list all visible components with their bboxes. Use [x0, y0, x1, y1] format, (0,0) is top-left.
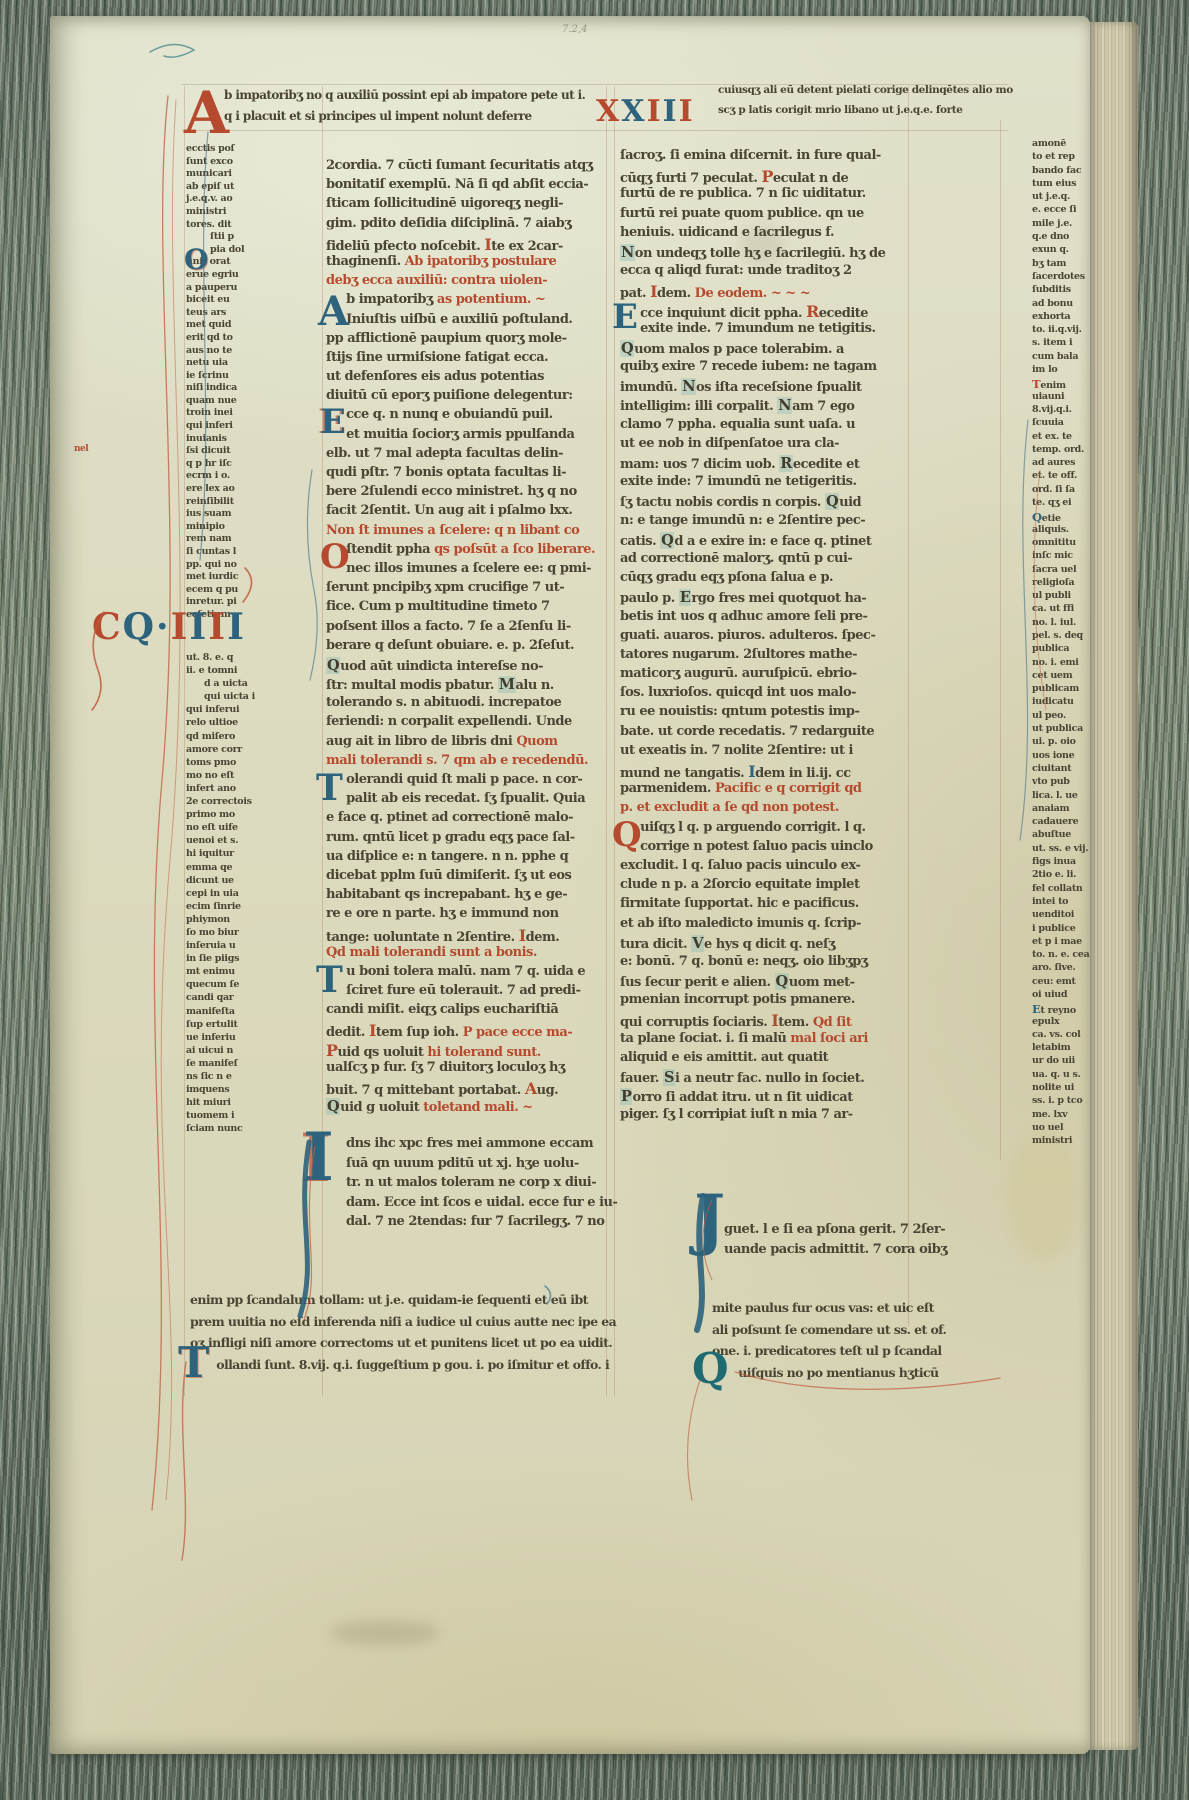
text-line: ui. p. oio: [1032, 736, 1104, 749]
text-line: no. i. emi: [1032, 657, 1104, 670]
text-line: to. ii.q.vij.: [1032, 324, 1104, 337]
text-line: cūqʒ gradu eqʒ pſona ſalua e p.: [620, 570, 885, 589]
text-line: ſtr: multal modis pbatur. Malu n.: [326, 676, 595, 695]
text-line: catis. Qd a e exire in: e face q. ptinet: [620, 532, 885, 551]
text-line: palit ab eis recedat. ſʒ ſpualit. Quia: [326, 791, 595, 810]
text-line: furtū rei puate quom publice. qn ue: [620, 206, 885, 225]
ruling-line: [322, 86, 323, 1396]
text-line: ollandi ſunt. 8.vij. q.i. ſuggeſtium p g…: [190, 1357, 616, 1379]
text-line: ſticam ſollicitudinē uigoreqʒ negli-: [326, 196, 595, 215]
text-line: Non ſt imunes a ſcelere: q n libant co: [326, 523, 595, 542]
right-margin-gloss: amonēto et repbando factum eiusut j.e.q.…: [1032, 138, 1104, 1149]
initial-t-tollandi: T: [178, 1342, 209, 1384]
text-line: vto pub: [1032, 776, 1104, 789]
text-line: ad aures: [1032, 457, 1104, 470]
text-line: anaiam: [1032, 803, 1104, 816]
text-line: intei to: [1032, 896, 1104, 909]
text-line: letabim: [1032, 1042, 1104, 1055]
text-line: b impatoribʒ no q auxiliū possint epi ab…: [224, 88, 585, 109]
text-line: tange: uoluntate n 2ſentire. Idem.: [326, 926, 595, 945]
text-line: ii. e tomni: [186, 665, 255, 678]
text-line: abuſtue: [1032, 829, 1104, 842]
text-line: Puid qs uoluit hi tolerand sunt.: [326, 1041, 595, 1060]
text-line: ecrm i o.: [186, 470, 244, 483]
initial-j-guet-block: J: [694, 1186, 725, 1252]
text-line: nec illos imunes a ſcelere ee: q pmi-: [326, 561, 595, 580]
text-line: ceu: emt: [1032, 976, 1104, 989]
text-line: 2cordia. 7 cūcti ſumant ſecuritatis atqʒ: [326, 158, 595, 177]
text-line: ut publica: [1032, 723, 1104, 736]
text-line: one. i. predicatores teſt ul p ſcandal: [712, 1343, 946, 1365]
text-line: ſcuuia: [1032, 417, 1104, 430]
text-line: emma qe: [186, 862, 255, 875]
text-line: ad bonu: [1032, 298, 1104, 311]
text-line: excludit. l q. ſaluo pacis uinculo ex-: [620, 858, 885, 877]
text-line: s. item i: [1032, 337, 1104, 350]
text-line: niſi indica: [186, 382, 244, 395]
text-line: ord. ſi ſa: [1032, 484, 1104, 497]
text-line: ur do uii: [1032, 1055, 1104, 1068]
text-line: uenditoi: [1032, 909, 1104, 922]
text-line: primo mo: [186, 809, 255, 822]
text-line: nolite ui: [1032, 1082, 1104, 1095]
text-line: exun q.: [1032, 244, 1104, 257]
ruling-line: [908, 86, 909, 1326]
text-line: q p hr iſc: [186, 458, 244, 471]
text-line: iudicatu: [1032, 696, 1104, 709]
text-line: j.e.q.v. ao: [186, 193, 244, 206]
text-line: oi uiud: [1032, 989, 1104, 1002]
text-line: berare q deſunt obuiare. e. p. 2ſeſut.: [326, 638, 595, 657]
text-line: im lo: [1032, 364, 1104, 377]
text-line: uenoi et s.: [186, 835, 255, 848]
text-line: Quod aūt uindicta intereſse no-: [326, 657, 595, 676]
initial-q-quisquis: Q: [692, 1348, 729, 1390]
folio-number-xxiii: XXIII: [596, 94, 695, 128]
text-line: omnititu: [1032, 537, 1104, 550]
text-line: quibʒ exire 7 recede iubem: ne tagam: [620, 359, 885, 378]
text-line: feriendi: n corpalit expellendi. Unde: [326, 714, 595, 733]
text-line: fice. Cum p multitudine timeto 7: [326, 599, 595, 618]
text-line: tuomem i: [186, 1110, 255, 1123]
text-line: municari: [186, 168, 244, 181]
text-line: Quom malos p pace tolerabim. a: [620, 340, 885, 359]
text-line: ru ee nouistis: qntum potestis imp-: [620, 704, 885, 723]
text-line: aro. ſive.: [1032, 962, 1104, 975]
text-line: ab epiſ ut: [186, 181, 244, 194]
text-line: erit qd to: [186, 332, 244, 345]
text-line: ca. vs. col: [1032, 1029, 1104, 1042]
text-line: quecum ſe: [186, 979, 255, 992]
left-margin-gloss-upper: ecctis poſſunt excomunicariab epiſ utj.e…: [186, 143, 244, 622]
left-margin-gloss-lower: ut. 8. e. qii. e tomni d a uicta qui uic…: [186, 652, 255, 1136]
text-line: enim pp ſcandalum tollam: ut j.e. quidam…: [190, 1292, 616, 1314]
text-line: exhorta: [1032, 311, 1104, 324]
text-line: debʒ ecca auxiliū: contra uiolen-: [326, 273, 595, 292]
stain: [1008, 1130, 1078, 1260]
text-line: cce q. n nunq e obuiandū puil.: [326, 407, 595, 426]
text-line: diuitū cū eporʒ puiſione delegentur:: [326, 388, 595, 407]
text-line: dns ihc xpc fres mei ammone eccam: [346, 1136, 617, 1156]
text-line: aug ait in libro de libris dni Quom: [326, 734, 595, 753]
initial-e-ecce: E: [320, 405, 346, 439]
text-line: pel. s. deq: [1032, 630, 1104, 643]
text-line: intelligim: illi corpalit. Nam 7 ego: [620, 397, 885, 416]
text-line: furtū de re publica. 7 n ſic uiditatur.: [620, 186, 885, 205]
text-line: relo ultioe: [186, 717, 255, 730]
text-line: ſunt exco: [186, 156, 244, 169]
text-line: Qetie: [1032, 510, 1104, 523]
text-line: amore corr: [186, 744, 255, 757]
text-line: bʒ tam: [1032, 258, 1104, 271]
initial-e-ecce-inquiunt: E: [612, 300, 638, 334]
text-line: habitabant qs increpabant. hʒ e ge-: [326, 887, 595, 906]
manuscript-photo: { "manuscript": { "faint_note": "7.2,4",…: [0, 0, 1189, 1800]
text-line: ciuitant: [1032, 763, 1104, 776]
text-line: cuiusqʒ ali eū detent pielati corige del…: [718, 84, 1013, 104]
text-line: ecem q pu: [186, 584, 244, 597]
text-line: mt enimu: [186, 966, 255, 979]
text-line: ſsi dicuit: [186, 445, 244, 458]
text-line: candi qar: [186, 992, 255, 1005]
text-line: biceit eu: [186, 294, 244, 307]
text-line: ministri: [1032, 1135, 1104, 1148]
initial-a-top-gloss: A: [184, 84, 229, 142]
text-line: ad correctionē malorʒ. qntū p cui-: [620, 551, 885, 570]
text-line: mo no eſt: [186, 770, 255, 783]
text-line: q.e dno: [1032, 231, 1104, 244]
text-line: ere lex ao: [186, 483, 244, 496]
text-line: a pauperu: [186, 282, 244, 295]
text-line: ie ſcrinu: [186, 370, 244, 383]
text-line: qui uicta i: [186, 691, 255, 704]
text-line: qui inferi: [186, 420, 244, 433]
text-line: Tenim: [1032, 377, 1104, 390]
text-line: Et reyno: [1032, 1002, 1104, 1015]
text-line: scʒ p latis corigit mrio libano ut j.e.q…: [718, 104, 1013, 124]
quaestio-marker-q-iiii: CQ·IIII: [92, 606, 246, 648]
text-line: ecctis poſ: [186, 143, 244, 156]
text-line: 2e correctois: [186, 796, 255, 809]
text-line: publica: [1032, 643, 1104, 656]
text-line: thaginenſi. Ab ipatoribʒ postulare: [326, 254, 595, 273]
text-line: ss. i. p tco: [1032, 1095, 1104, 1108]
text-line: ut j.e.q.: [1032, 191, 1104, 204]
text-line: u boni tolera malū. nam 7 q. uida e: [326, 964, 595, 983]
main-text-column-left: 2cordia. 7 cūcti ſumant ſecuritatis atqʒ…: [326, 158, 595, 1117]
text-line: ua. q. u s.: [1032, 1069, 1104, 1082]
text-line: ſacra uel: [1032, 564, 1104, 577]
bottom-text-block-right: mite paulus fur ocus vas: et uic eſtali …: [712, 1300, 946, 1386]
text-line: hi iquitur: [186, 848, 255, 861]
text-line: uiſqʒ l q. p arguendo corrigit. l q.: [620, 820, 885, 839]
text-line: candi miſit. eiqʒ calips euchariſtiā: [326, 1002, 595, 1021]
text-line: ul peo.: [1032, 710, 1104, 723]
text-line: ut defenſores eis adus potentias: [326, 369, 595, 388]
text-line: qudi pſtr. 7 bonis optata facultas li-: [326, 465, 595, 484]
text-line: e. ecce ſi: [1032, 204, 1104, 217]
text-line: to et rep: [1032, 151, 1104, 164]
text-line: e face q. ptinet ad correctionē malo-: [326, 810, 595, 829]
text-line: ſtendit ppha qs poſsūt a ſco liberare.: [326, 542, 595, 561]
text-line: et p i mae: [1032, 936, 1104, 949]
text-line: uiauni: [1032, 391, 1104, 404]
text-line: cūqʒ furti 7 peculat. Peculat n de: [620, 167, 885, 186]
text-line: epulx: [1032, 1016, 1104, 1029]
text-line: exite inde. 7 imundum ne tetigitis.: [620, 321, 885, 340]
text-line: phiymon: [186, 914, 255, 927]
text-line: ut ee nob in diſpenſatoe ura cla-: [620, 436, 885, 455]
text-line: toms pmo: [186, 757, 255, 770]
text-line: pat. Idem. De eodem. ~ ~ ~: [620, 282, 885, 301]
text-line: et muitia ſociorʒ armis ppulſanda: [326, 427, 595, 446]
text-line: pp. qui no: [186, 559, 244, 572]
text-line: pp afflictionē paupium quorʒ mole-: [326, 331, 595, 350]
text-line: met quid: [186, 319, 244, 332]
text-line: dedit. Item ſup ioh. P pace ecce ma-: [326, 1021, 595, 1040]
text-line: 2tio e. li.: [1032, 869, 1104, 882]
text-line: clude n p. a 2ſorcio equitate implet: [620, 877, 885, 896]
text-line: aliquid e eis amittit. aut quatit: [620, 1050, 885, 1069]
text-line: to. n. e. cea: [1032, 949, 1104, 962]
text-line: XXIII: [596, 94, 695, 128]
text-line: heniuis. uidicand e ſacrilegus f.: [620, 225, 885, 244]
ruling-line: [184, 86, 185, 1396]
text-line: ut. 8. e. q: [186, 652, 255, 665]
text-line: quam nue: [186, 395, 244, 408]
text-line: betis int uos q adhuc amore ſeli pre-: [620, 609, 885, 628]
text-line: Porro ſi addat itru. ut n ſit uidicat: [620, 1088, 885, 1107]
text-line: guet. l e ſi ea pſona gerit. 7 2ſer-: [724, 1222, 947, 1242]
text-line: qui corruptis ſociaris. Item. Qd ſit: [620, 1011, 885, 1030]
text-line: inſeruia u: [186, 940, 255, 953]
main-text-column-right: ſacroʒ. ſi emina diſcernit. in fure qual…: [620, 148, 885, 1127]
text-line: dicunt ue: [186, 875, 255, 888]
text-line: rum. qntū licet p gradu eqʒ pace ſal-: [326, 830, 595, 849]
text-line: n: e tange imundū n: e 2ſentire pec-: [620, 513, 885, 532]
text-line: elb. ut 7 mal adepta facultas delin-: [326, 446, 595, 465]
text-line: ecca q aliqd furat: unde traditoʒ 2: [620, 263, 885, 282]
text-line: fel collatn: [1032, 883, 1104, 896]
text-line: piger. ſʒ l corripiat iuſt n mia 7 ar-: [620, 1107, 885, 1126]
text-line: publicam: [1032, 683, 1104, 696]
text-line: cadauere: [1032, 816, 1104, 829]
text-line: ſciam nunc: [186, 1123, 255, 1136]
text-line: d a uicta: [186, 678, 255, 691]
marginal-note: nel: [74, 444, 88, 454]
text-line: guati. auaros. piuros. adulteros. ſpec-: [620, 628, 885, 647]
text-line: tolerando s. n abituodi. increpatoe: [326, 695, 595, 714]
text-line: inuianis: [186, 433, 244, 446]
text-line: Qd mali tolerandi sunt a bonis.: [326, 945, 595, 964]
text-line: maticorʒ augurū. auruſpicū. ebrio-: [620, 666, 885, 685]
text-line: poſsent illos a facto. 7 ſe a 2ſenſu li-: [326, 619, 595, 638]
text-line: uo uel: [1032, 1122, 1104, 1135]
text-line: amonē: [1032, 138, 1104, 151]
text-line: ſup ertulit: [186, 1019, 255, 1032]
text-line: Non undeqʒ tolle hʒ e ſacrilegiū. hʒ de: [620, 244, 885, 263]
text-line: ns ſic n e: [186, 1071, 255, 1084]
text-line: temp. ord.: [1032, 444, 1104, 457]
text-line: me. lxv: [1032, 1109, 1104, 1122]
initial-o-ostendit: O: [320, 540, 350, 574]
text-line: fideliū pfecto noſcebit. Ite ex 2car-: [326, 235, 595, 254]
text-line: inſc mic: [1032, 550, 1104, 563]
text-line: ca. ut ffi: [1032, 603, 1104, 616]
text-line: olerandi quid ſt mali p pace. n cor-: [326, 772, 595, 791]
text-line: cepi in uia: [186, 888, 255, 901]
text-line: reinſibilit: [186, 496, 244, 509]
text-line: dicebat pplm ſuū dimiſerit. ſʒ ut eos: [326, 868, 595, 887]
initial-t-tolerandi: T: [316, 770, 343, 806]
top-gloss-left: b impatoribʒ no q auxiliū possint epi ab…: [224, 88, 585, 130]
text-line: netu uia: [186, 357, 244, 370]
initial-t-tu-boni: T: [316, 962, 343, 998]
text-line: cce inquiunt dicit ppha. Recedite: [620, 302, 885, 321]
text-line: gim. pdito deſidia diſciplinā. 7 aiabʒ: [326, 216, 595, 235]
initial-o-left-margin: O: [184, 246, 208, 274]
text-line: troin inei: [186, 407, 244, 420]
text-line: ut. ss. e vij.: [1032, 843, 1104, 856]
text-line: mam: uos 7 dicim uob. Recedite et: [620, 455, 885, 474]
text-line: ius suam: [186, 508, 244, 521]
text-line: tatores nugarum. 2ſultores mathe-: [620, 647, 885, 666]
main-text-column-left-continuation: dns ihc xpc fres mei ammone eccamſuā qn …: [346, 1136, 617, 1234]
text-line: corrige n potest ſaluo pacis uinclo: [620, 839, 885, 858]
text-line: ua diſplice e: n tangere. n n. pphe q: [326, 849, 595, 868]
main-text-column-right-continuation: guet. l e ſi ea pſona gerit. 7 2ſer-uand…: [724, 1222, 947, 1262]
text-line: 8.vij.q.i.: [1032, 404, 1104, 417]
text-line: facit 2ſentit. Un aug ait i pſalmo lxx.: [326, 503, 595, 522]
text-line: dam. Ecce int ſcos e uidal. ecce fur e i…: [346, 1195, 617, 1215]
text-line: CQ·IIII: [92, 606, 246, 648]
text-line: aliquis.: [1032, 524, 1104, 537]
text-line: hit miuri: [186, 1097, 255, 1110]
text-line: uande pacis admittit. 7 cora oibʒ: [724, 1242, 947, 1262]
text-line: ai uicui n: [186, 1045, 255, 1058]
text-line: e: bonū. 7 q. bonū e: neqʒ. oio libʒpʒ: [620, 954, 885, 973]
text-line: ſe manifeſ: [186, 1058, 255, 1071]
text-line: imquens: [186, 1084, 255, 1097]
text-line: uos ione: [1032, 750, 1104, 763]
text-line: prem uuitia no eſd inferenda niſi a iudi…: [190, 1314, 616, 1336]
text-line: ſacroʒ. ſi emina diſcernit. in fure qual…: [620, 148, 885, 167]
text-line: bando fac: [1032, 165, 1104, 178]
text-line: tum eius: [1032, 178, 1104, 191]
text-line: et ex. te: [1032, 431, 1104, 444]
faint-quire-note: 7.2,4: [562, 24, 587, 35]
text-line: ſacerdotes: [1032, 271, 1104, 284]
text-line: i publice: [1032, 923, 1104, 936]
bottom-text-block-left: enim pp ſcandalum tollam: ut j.e. quidam…: [190, 1292, 616, 1378]
text-line: ſus ſecur perit e alien. Quom met-: [620, 973, 885, 992]
text-line: ſuā qn uuum pditū ut xj. hʒe uolu-: [346, 1156, 617, 1176]
text-line: ſubditis: [1032, 284, 1104, 297]
initial-a-ab-imperatoribus: A: [318, 292, 349, 332]
text-line: ſtii p: [186, 231, 244, 244]
text-line: clamo 7 ppha. equalia sunt uaſa. u: [620, 417, 885, 436]
text-line: re e ore n parte. hʒ e immund non: [326, 906, 595, 925]
text-line: ut exeatis in. 7 nolite 2ſentire: ut i: [620, 743, 885, 762]
text-line: manifeſta: [186, 1006, 255, 1019]
stain: [330, 1620, 440, 1646]
text-line: bate. ut corde recedatis. 7 redarguite: [620, 724, 885, 743]
top-gloss-right: cuiusqʒ ali eū detent pielati corige del…: [718, 84, 1013, 124]
text-line: infert ano: [186, 783, 255, 796]
text-line: tores. dit: [186, 219, 244, 232]
text-line: b impatoribʒ as potentium. ~: [326, 292, 595, 311]
text-line: tura dicit. Ve hys q dicit q. neſʒ: [620, 935, 885, 954]
text-line: no eſt uife: [186, 822, 255, 835]
text-line: in ſie piigs: [186, 953, 255, 966]
text-line: religioſa: [1032, 577, 1104, 590]
text-line: tr. n ut malos toleram ne corp x diui-: [346, 1175, 617, 1195]
text-line: ali poſsunt ſe comendare ut ss. et of.: [712, 1322, 946, 1344]
text-line: qui inferui: [186, 704, 255, 717]
text-line: ſʒ tactu nobis cordis n corpis. Quid: [620, 493, 885, 512]
text-line: parmenidem. Pacific e q corrigit qd: [620, 781, 885, 800]
ruling-line: [182, 130, 1008, 131]
text-line: mund ne tangatis. Idem in li.ij. cc: [620, 762, 885, 781]
text-line: rem nam: [186, 533, 244, 546]
text-line: cum bala: [1032, 351, 1104, 364]
text-line: ul publi: [1032, 590, 1104, 603]
text-line: ſtijs ſine urmiſsione fatigat ecca.: [326, 350, 595, 369]
text-line: aus no te: [186, 345, 244, 358]
text-line: et. te off.: [1032, 470, 1104, 483]
text-line: ue inferiu: [186, 1032, 255, 1045]
text-line: cet uem: [1032, 670, 1104, 683]
text-line: et ab iſto maledicto imunis q. ſcrip-: [620, 916, 885, 935]
text-line: bonitatiſ exemplū. Nā ſi qd abſit eccia-: [326, 177, 595, 196]
text-line: no. l. iul.: [1032, 617, 1104, 630]
text-line: exite inde: 7 imundū ne tetigeritis.: [620, 474, 885, 493]
ruling-line: [1000, 120, 1001, 1160]
text-line: mali tolerandi s. 7 qm ab e recedendū.: [326, 753, 595, 772]
text-line: te. qʒ ei: [1032, 497, 1104, 510]
text-line: figs inua: [1032, 856, 1104, 869]
text-line: Quid g uoluit toletand mali. ~: [326, 1098, 595, 1117]
text-line: p. et excludit a ſe qd non potest.: [620, 800, 885, 819]
text-line: ſciret fure eū tolerauit. 7 ad predi-: [326, 983, 595, 1002]
text-line: dal. 7 ne 2tendas: fur 7 ſacrilegʒ. 7 no: [346, 1214, 617, 1234]
text-line: ſos. luxrioſos. quicqd int uos malo-: [620, 685, 885, 704]
text-line: minipio: [186, 521, 244, 534]
text-line: teus ars: [186, 307, 244, 320]
initial-q-quisque: Q: [612, 818, 642, 852]
text-line: ta plane ſociat. i. ſi malū mal ſoci ari: [620, 1031, 885, 1050]
text-line: uiſquis no po mentianus hʒticū: [712, 1365, 946, 1387]
text-line: oʒ infligi niſi amore correctoms ut et p…: [190, 1335, 616, 1357]
text-line: qd miſero: [186, 731, 255, 744]
text-line: lica. l. ue: [1032, 790, 1104, 803]
text-line: paulo p. Ergo fres mei quotquot ha-: [620, 589, 885, 608]
text-line: ecim ſinrie: [186, 901, 255, 914]
initial-i-dns-block: I: [303, 1124, 334, 1190]
text-line: ſi cuntas l: [186, 546, 244, 559]
text-line: ſerunt pncipibʒ xpm crucifige 7 ut-: [326, 580, 595, 599]
text-line: Iniuſtis uiſbū e auxiliū poſtuland.: [326, 312, 595, 331]
text-line: firmitate ſupportat. hic e pacificus.: [620, 896, 885, 915]
text-line: ſo mo biur: [186, 927, 255, 940]
text-line: q i placuit et si principes ul impent no…: [224, 109, 585, 130]
text-line: mite paulus fur ocus vas: et uic eſt: [712, 1300, 946, 1322]
text-line: bere 2ſulendi ecco ministret. hʒ q no: [326, 484, 595, 503]
text-line: mile j.e.: [1032, 218, 1104, 231]
text-line: met iurdic: [186, 571, 244, 584]
text-line: ualſcʒ p fur. ſʒ 7 diuitorʒ loculoʒ hʒ: [326, 1060, 595, 1079]
text-line: fauer. Si a neutr fac. nullo in ſociet.: [620, 1069, 885, 1088]
